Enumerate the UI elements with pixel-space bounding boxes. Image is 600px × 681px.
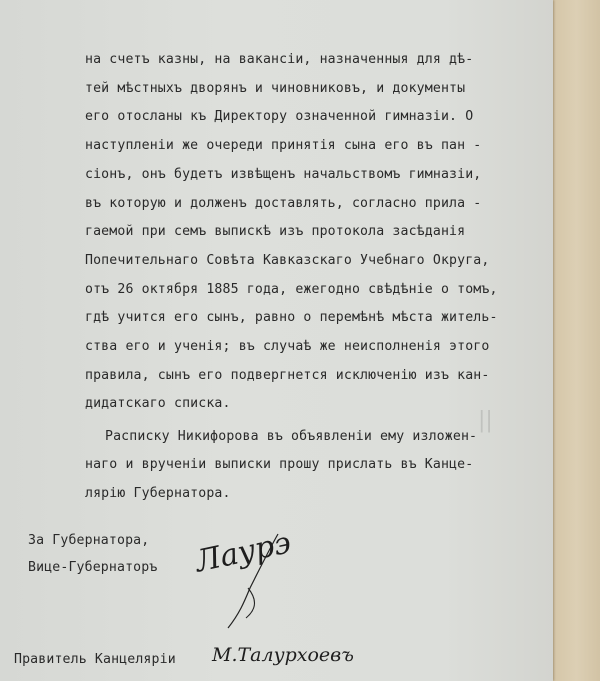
text-line: лярію Губернатора. [85,486,231,501]
text-line: наго и врученіи выписки прошу прислать в… [85,457,473,472]
text-line: дидатскаго списка. [85,396,231,411]
text-line: на счетъ казны, на вакансіи, назначенныя… [85,52,473,67]
text-line: наступленіи же очереди принятія сына его… [85,138,481,153]
text-line: правила, сынъ его подвергнется исключені… [85,368,489,383]
vice-governor-label: Вице-Губернаторъ [28,560,157,575]
text-line: отъ 26 октября 1885 года, ежегодно свѣдѣ… [85,282,498,297]
text-line: гдѣ учится его сынъ, равно о перемѣнѣ мѣ… [85,310,498,325]
text-line: Расписку Никифорова въ объявленіи ему из… [105,429,477,444]
for-governor-label: За Губернатора, [28,533,149,548]
text-line: Попечительнаго Совѣта Кавказскаго Учебна… [85,253,489,268]
text-line: его отосланы къ Директору означенной гим… [85,109,473,124]
archive-backing-board [553,0,600,681]
chancellery-head-label: Правитель Канцеляріи [14,652,176,667]
text-line: ства его и ученія; въ случаѣ же неисполн… [85,339,489,354]
text-line: гаемой при семъ выпискѣ изъ протокола за… [85,224,465,239]
signature-flourish [200,528,290,638]
margin-mark: || [478,408,493,433]
text-line: тей мѣстныхъ дворянъ и чиновниковъ, и до… [85,81,465,96]
document-page: на счетъ казны, на вакансіи, назначенныя… [0,0,553,681]
text-line: въ которую и долженъ доставлять, согласн… [85,196,481,211]
chancellery-signature: М.Талурхоевъ [212,644,354,666]
text-line: сіонъ, онъ будетъ извѣщенъ начальствомъ … [85,167,481,182]
